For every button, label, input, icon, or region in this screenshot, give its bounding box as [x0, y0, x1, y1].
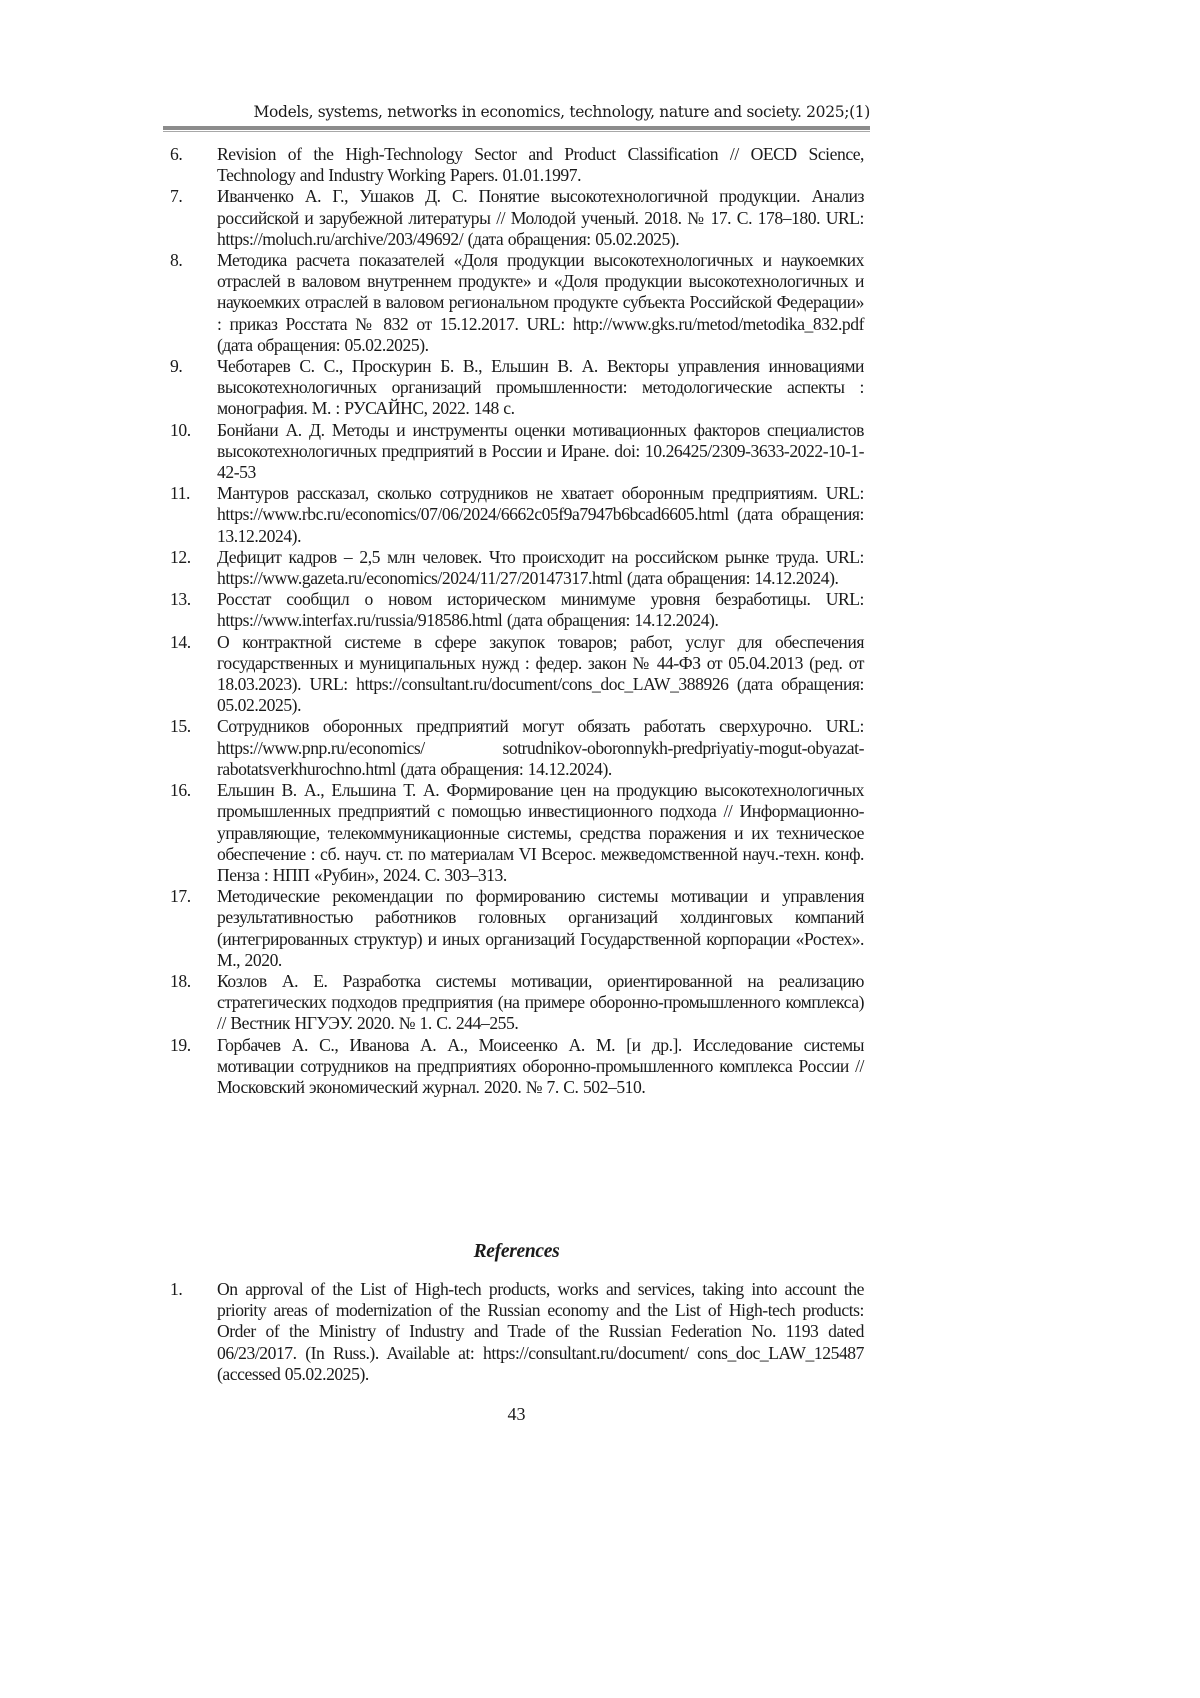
reference-item: 9.Чеботарев С. С., Проскурин Б. В., Ельш…: [170, 356, 864, 420]
reference-text: On approval of the List of High-tech pro…: [217, 1279, 864, 1385]
page-number: 43: [163, 1404, 870, 1425]
reference-number: 19.: [170, 1035, 191, 1056]
reference-item: 6.Revision of the High-Technology Sector…: [170, 144, 864, 186]
reference-number: 6.: [170, 144, 182, 165]
reference-text: Горбачев А. С., Иванова А. А., Моисеенко…: [217, 1035, 864, 1099]
reference-text: О контрактной системе в сфере закупок то…: [217, 632, 864, 717]
reference-text: Чеботарев С. С., Проскурин Б. В., Ельшин…: [217, 356, 864, 420]
references-list-en: 1.On approval of the List of High-tech p…: [170, 1279, 864, 1385]
reference-number: 14.: [170, 632, 191, 653]
reference-number: 18.: [170, 971, 191, 992]
document-page: Models, systems, networks in economics, …: [0, 0, 1200, 1698]
reference-item: 13.Росстат сообщил о новом историческом …: [170, 589, 864, 631]
reference-number: 15.: [170, 716, 191, 737]
reference-item: 1.On approval of the List of High-tech p…: [170, 1279, 864, 1385]
reference-number: 7.: [170, 186, 182, 207]
reference-number: 16.: [170, 780, 191, 801]
reference-number: 9.: [170, 356, 182, 377]
reference-number: 12.: [170, 547, 191, 568]
reference-item: 7.Иванченко А. Г., Ушаков Д. С. Понятие …: [170, 186, 864, 250]
reference-text: Мантуров рассказал, сколько сотрудников …: [217, 483, 864, 547]
reference-item: 17.Методические рекомендации по формиров…: [170, 886, 864, 971]
reference-text: Росстат сообщил о новом историческом мин…: [217, 589, 864, 631]
reference-number: 8.: [170, 250, 182, 271]
reference-number: 17.: [170, 886, 191, 907]
header-rule: [163, 126, 870, 130]
reference-text: Иванченко А. Г., Ушаков Д. С. Понятие вы…: [217, 186, 864, 250]
running-header: Models, systems, networks in economics, …: [163, 103, 870, 121]
reference-item: 15.Сотрудников оборонных предприятий мог…: [170, 716, 864, 780]
reference-item: 14.О контрактной системе в сфере закупок…: [170, 632, 864, 717]
reference-item: 11.Мантуров рассказал, сколько сотрудник…: [170, 483, 864, 547]
reference-number: 10.: [170, 420, 191, 441]
reference-text: Ельшин В. А., Ельшина Т. А. Формирование…: [217, 780, 864, 886]
reference-text: Козлов А. Е. Разработка системы мотиваци…: [217, 971, 864, 1035]
reference-item: 10.Бонйани А. Д. Методы и инструменты оц…: [170, 420, 864, 484]
reference-text: Бонйани А. Д. Методы и инструменты оценк…: [217, 420, 864, 484]
reference-text: Дефицит кадров – 2,5 млн человек. Что пр…: [217, 547, 864, 589]
bibliography-list-ru: 6.Revision of the High-Technology Sector…: [170, 144, 864, 1098]
reference-text: Методика расчета показателей «Доля проду…: [217, 250, 864, 356]
reference-item: 8.Методика расчета показателей «Доля про…: [170, 250, 864, 356]
references-heading: References: [163, 1241, 870, 1263]
reference-number: 1.: [170, 1279, 182, 1300]
reference-item: 18.Козлов А. Е. Разработка системы мотив…: [170, 971, 864, 1035]
reference-number: 11.: [170, 483, 190, 504]
reference-item: 19.Горбачев А. С., Иванова А. А., Моисее…: [170, 1035, 864, 1099]
reference-item: 16.Ельшин В. А., Ельшина Т. А. Формирова…: [170, 780, 864, 886]
reference-text: Сотрудников оборонных предприятий могут …: [217, 716, 864, 780]
reference-number: 13.: [170, 589, 191, 610]
header-rule-thin: [163, 131, 870, 132]
reference-text: Методические рекомендации по формировани…: [217, 886, 864, 971]
reference-text: Revision of the High-Technology Sector a…: [217, 144, 864, 186]
reference-item: 12.Дефицит кадров – 2,5 млн человек. Что…: [170, 547, 864, 589]
